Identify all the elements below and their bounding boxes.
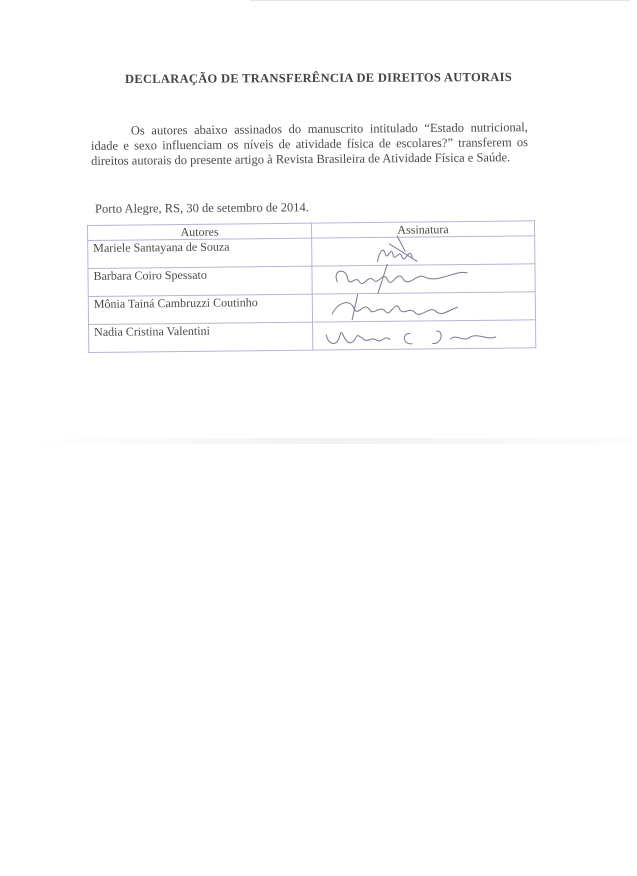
signature-image bbox=[318, 320, 530, 349]
scan-edge-line bbox=[250, 0, 630, 1]
authors-table: Autores Assinatura Mariele Santayana de … bbox=[87, 220, 536, 353]
declaration-paragraph: Os autores abaixo assinados do manuscrit… bbox=[91, 120, 528, 169]
author-name: Barbara Coiro Spessato bbox=[88, 266, 312, 296]
signature-cell bbox=[313, 320, 536, 350]
author-name: Mariele Santayana de Souza bbox=[88, 238, 312, 268]
scan-artifact bbox=[30, 438, 630, 444]
author-name: Mônia Tainá Cambruzzi Coutinho bbox=[88, 294, 312, 324]
table-row: Nadia Cristina Valentini bbox=[89, 320, 536, 353]
author-name: Nadia Cristina Valentini bbox=[89, 322, 313, 352]
place-and-date: Porto Alegre, RS, 30 de setembro de 2014… bbox=[95, 200, 309, 216]
document-title: DECLARAÇÃO DE TRANSFERÊNCIA DE DIREITOS … bbox=[0, 69, 637, 87]
declaration-text: Os autores abaixo assinados do manuscrit… bbox=[91, 120, 528, 168]
